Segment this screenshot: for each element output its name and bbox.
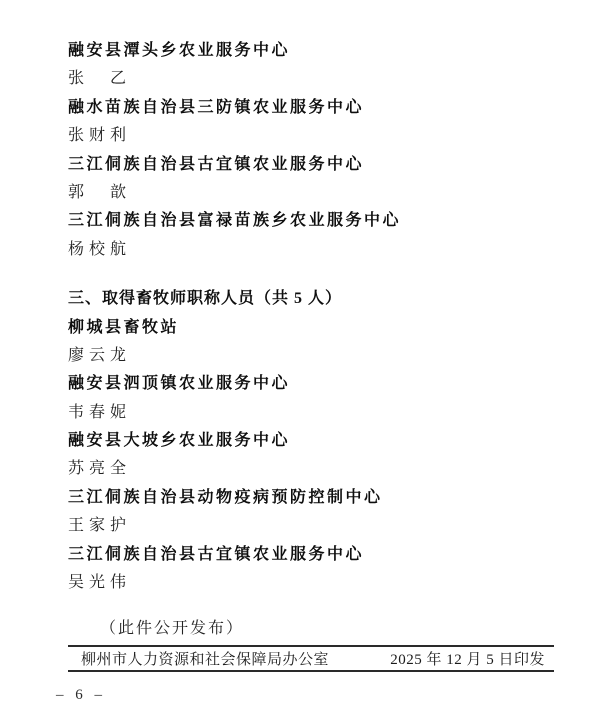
org-line: 融安县大坡乡农业服务中心 [68,427,570,455]
org-line: 融水苗族自治县三防镇农业服务中心 [68,94,570,122]
person-line: 廖云龙 [68,342,570,370]
person-line: 张 乙 [68,65,570,93]
org-line: 融安县潭头乡农业服务中心 [68,37,570,65]
person-line: 杨校航 [68,236,570,264]
org-line: 三江侗族自治县古宜镇农业服务中心 [68,541,570,569]
print-date: 2025 年 12 月 5 日印发 [390,648,545,669]
org-line: 柳城县畜牧站 [68,314,570,342]
person-line: 郭 歆 [68,179,570,207]
org-line: 融安县泗顶镇农业服务中心 [68,370,570,398]
issuing-office: 柳州市人力资源和社会保障局办公室 [81,648,329,669]
document-body: 融安县潭头乡农业服务中心 张 乙 融水苗族自治县三防镇农业服务中心 张财利 三江… [68,37,570,644]
org-line: 三江侗族自治县古宜镇农业服务中心 [68,151,570,179]
person-line: 韦春妮 [68,399,570,427]
org-line: 三江侗族自治县富禄苗族乡农业服务中心 [68,207,570,235]
document-page: 融安县潭头乡农业服务中心 张 乙 融水苗族自治县三防镇农业服务中心 张财利 三江… [0,0,590,716]
org-line: 三江侗族自治县动物疫病预防控制中心 [68,484,570,512]
person-line: 张财利 [68,122,570,150]
person-line: 王家护 [68,512,570,540]
section-heading: 三、取得畜牧师职称人员（共 5 人） [68,285,570,313]
footer-rule-box: 柳州市人力资源和社会保障局办公室 2025 年 12 月 5 日印发 [68,645,554,672]
page-number: – 6 – [56,687,106,704]
person-line: 苏亮全 [68,455,570,483]
person-line: 吴光伟 [68,569,570,597]
public-release-note: （此件公开发布） [100,615,570,643]
